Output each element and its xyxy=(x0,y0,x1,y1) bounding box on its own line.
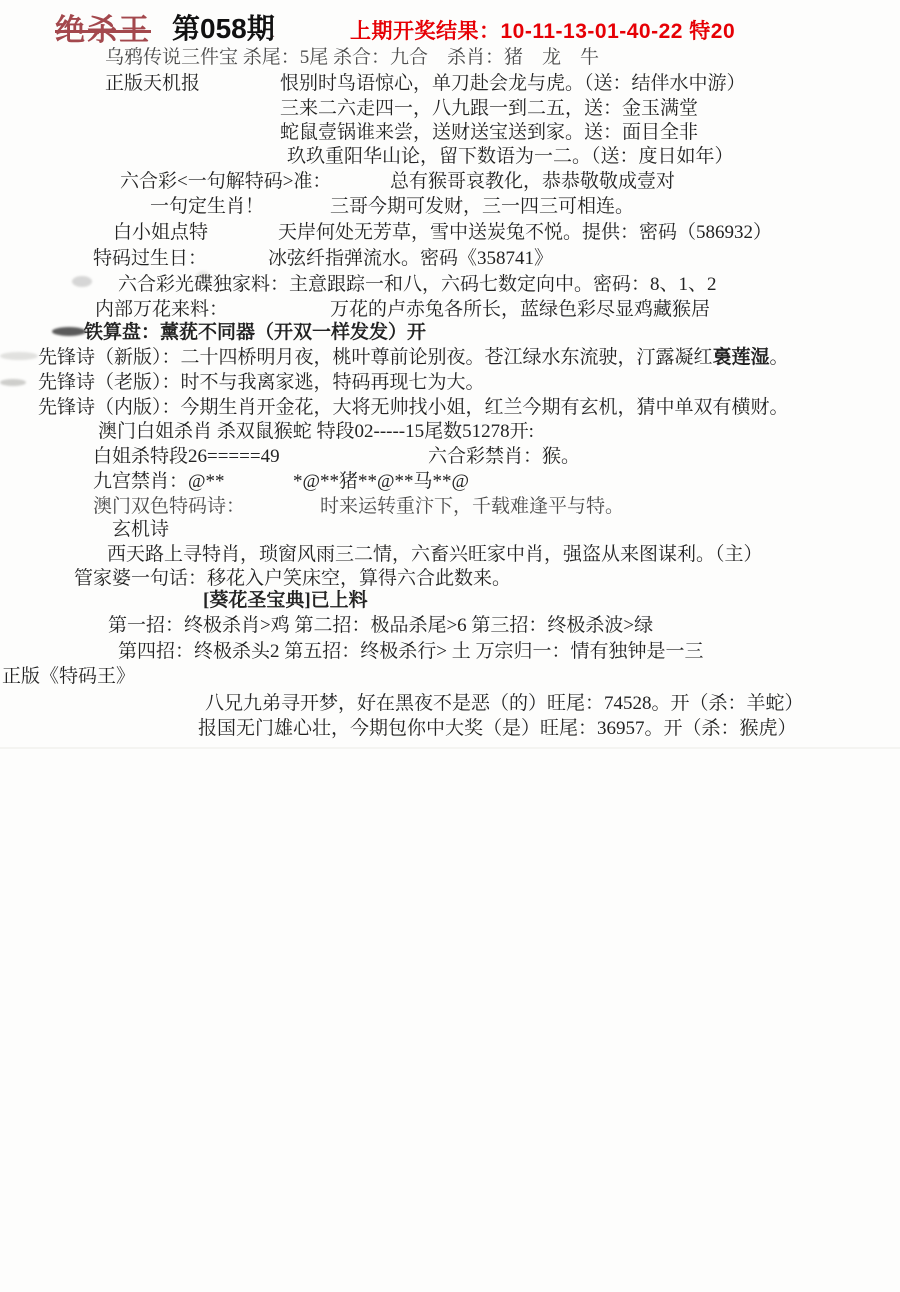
tip-line-xuanjishi-title: 玄机诗 xyxy=(0,518,900,544)
tip-line-tianjibao: 正版天机报 恨别时鸟语惊心，单刀赴会龙与虎。（送：结伴水中游） xyxy=(0,72,900,98)
tip-line-wangwei-2: 报国无门雄心壮，今期包你中大奖（是）旺尾：36957。开（杀：猴虎） xyxy=(0,717,900,743)
tip-line: 三来二六走四一，八九跟一到二五，送：金玉满堂 xyxy=(0,97,900,123)
tip-line-shateduan: 白姐杀特段26=====49 六合彩禁肖：猴。 xyxy=(0,445,900,471)
last-draw-result: 上期开奖结果：10-11-13-01-40-22 特20 xyxy=(350,15,735,45)
tip-line-jiugong: 九宫禁肖：@** *@**猪**@**马**@ xyxy=(0,470,900,496)
tip-line-xianfengshi-inner: 先锋诗（内版）：今期生肖开金花，大将无帅找小姐，红兰今期有玄机，猜中单双有横财。 xyxy=(0,396,900,422)
publication-logo: 绝杀王 xyxy=(55,5,151,49)
tip-line-guangdie: 六合彩光碟独家料：主意跟踪一和八，六码七数定向中。密码：8、1、2 xyxy=(0,273,900,299)
tip-line-zhao123: 第一招：终极杀肖>鸡 第二招：极品杀尾>6 第三招：终极杀波>绿 xyxy=(0,614,900,640)
issue-number: 第058期 xyxy=(172,7,275,47)
tip-line-kuihua-title: [葵花圣宝典]已上料 xyxy=(0,589,900,615)
tip-line-shengxiao: 一句定生肖！ 三哥今期可发财，三一四三可相连。 xyxy=(0,195,900,221)
tip-line: 玖玖重阳华山论，留下数语为一二。（送：度日如年） xyxy=(0,145,900,171)
lottery-tip-sheet: 绝杀王 . . 第058期 上期开奖结果：10-11-13-01-40-22 特… xyxy=(0,0,900,1292)
tip-line-aomen-baijie: 澳门白姐杀肖 杀双鼠猴蛇 特段02-----15尾数51278开: xyxy=(0,420,900,446)
scan-edge-line xyxy=(0,747,900,749)
tip-line-xianfengshi-old: 先锋诗（老版）：时不与我离家逃，特码再现七为大。 xyxy=(0,371,900,397)
tip-line-temawang-title: 正版《特码王》 xyxy=(0,665,900,691)
tip-line-xianfengshi-new: 先锋诗（新版）：二十四桥明月夜，桃叶尊前论别夜。苍江绿水东流驶，汀露凝红裛莲湿。 xyxy=(0,346,900,372)
tip-line-wangwei-1: 八兄九弟寻开梦，好在黑夜不是恶（的）旺尾：74528。开（杀：羊蛇） xyxy=(0,692,900,718)
tip-line-shengri: 特码过生日： 冰弦纤指弹流水。密码《358741》 xyxy=(0,247,900,273)
tip-line-tiesuanpan: 铁算盘：薰莸不同器（开双一样发发）开 xyxy=(0,321,900,347)
tip-line-baixiaojie: 白小姐点特 天岸何处无芳草，雪中送炭兔不悦。提供：密码（586932） xyxy=(0,221,900,247)
tip-line-xuanjishi: 西天路上寻特肖，琐窗风雨三二情，六畜兴旺家中肖，强盗从来图谋利。（主） xyxy=(0,543,900,569)
tip-line-jiete-ma: 六合彩<一句解特码>准： 总有猴哥哀教化，恭恭敬敬成壹对 xyxy=(0,170,900,196)
tip-line-crow-legend: 乌鸦传说三件宝 杀尾：5尾 杀合：九合 杀肖：猪 龙 牛 xyxy=(0,46,900,72)
bold-segment: 裛莲湿 xyxy=(713,347,770,368)
tip-line-zhao45: 第四招：终极杀头2 第五招：终极杀行> 土 万宗归一：情有独钟是一三 xyxy=(0,640,900,666)
tip-line: 蛇鼠壹锅谁来尝，送财送宝送到家。送：面目全非 xyxy=(0,121,900,147)
